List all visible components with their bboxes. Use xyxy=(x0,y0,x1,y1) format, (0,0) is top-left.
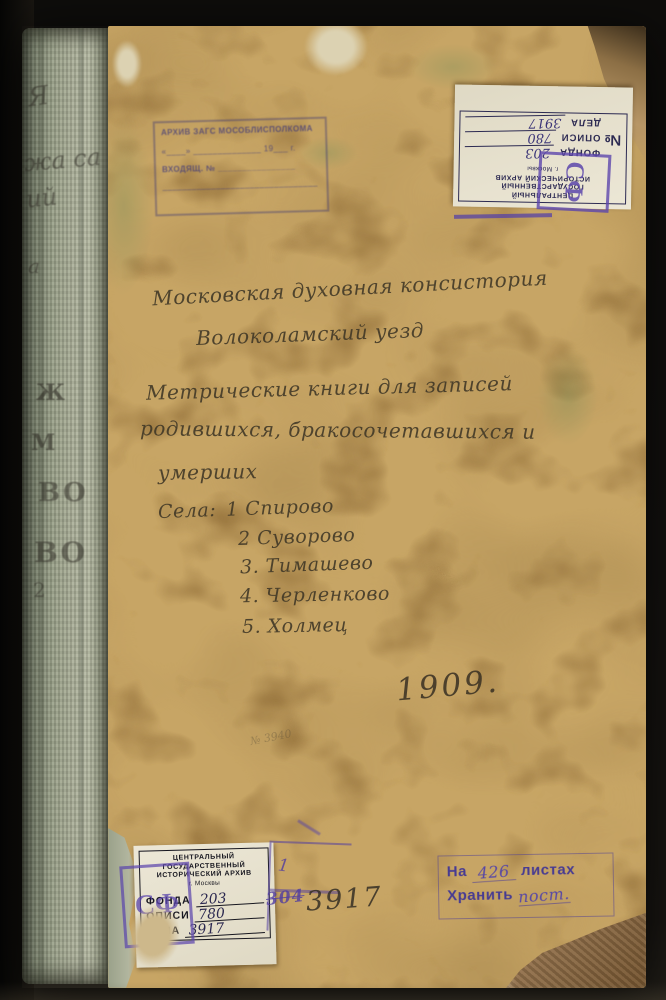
opis-value-handwritten: 780 xyxy=(465,130,556,145)
spine-handwriting-fragment: а xyxy=(28,254,40,278)
sheets-word: листах xyxy=(521,860,575,881)
na-word: На xyxy=(447,862,468,882)
title-line-deceased: умерших xyxy=(158,459,258,485)
keep-word: Хранить xyxy=(447,885,513,906)
village-cherlenkovo: 4. Черленково xyxy=(240,583,390,608)
stamp-line: ВХОДЯЩ. № ________________ xyxy=(162,161,320,175)
delo-value-handwritten: 3917 xyxy=(185,920,265,938)
delo-label: ДЕЛА xyxy=(570,116,601,128)
village-suvorovo: 2 Суворово xyxy=(238,524,356,550)
book-cover: Я жа са ий а Ж М ВО ВО 2 xyxy=(22,26,646,988)
delo-value-handwritten: 3917 xyxy=(465,115,565,130)
spine-handwriting-fragment: жа са xyxy=(23,143,102,178)
spine-handwriting-fragment: Я xyxy=(26,81,51,114)
crossed-out-old-number: 304 xyxy=(265,886,305,910)
faded-registry-stamp: АРХИВ ЗАГС МОСОБЛИСПОЛКОМА «____» ______… xyxy=(153,117,330,217)
sf-microfilm-stamp: СФ xyxy=(537,151,612,213)
villages-label: Села: xyxy=(158,499,217,523)
keep-term-handwritten: пост. xyxy=(518,886,571,907)
spine-handwriting-fragment: ий xyxy=(25,182,59,213)
case-number-handwritten: 3917 xyxy=(305,881,384,917)
book-spine: Я жа са ий а Ж М ВО ВО 2 xyxy=(22,28,110,984)
number-sign: № xyxy=(604,131,621,148)
stamp-line: «____» ______________ 19___ г. xyxy=(161,143,319,157)
photograph-of-archival-book: Я жа са ий а Ж М ВО ВО 2 xyxy=(0,0,666,1000)
stamp-line: ________________________________ xyxy=(162,178,320,192)
spine-stencil-fragment: М xyxy=(31,430,55,456)
village-kholmets: 5. Холмец xyxy=(242,614,348,638)
stamp-line: АРХИВ ЗАГС МОСОБЛИСПОЛКОМА xyxy=(161,124,319,138)
sheet-count-stamp: На 426 листах Хранить пост. xyxy=(437,852,614,919)
spine-stencil-fragment: Ж xyxy=(36,380,65,406)
sheet-count-handwritten: 426 xyxy=(471,863,516,883)
village-spirovo: 1 Спирово xyxy=(226,495,334,521)
village-timashevo: 3. Тимашево xyxy=(240,552,374,579)
opis-label: ОПИСИ xyxy=(561,131,601,143)
spine-stencil-fragment: ВО xyxy=(34,536,88,569)
title-line-born-married: родившихся, бракосочетавшихся и xyxy=(140,416,536,443)
front-cover: АРХИВ ЗАГС МОСОБЛИСПОЛКОМА «____» ______… xyxy=(108,26,646,988)
spine-stencil-fragment: ВО xyxy=(38,478,89,508)
spine-stencil-fragment: 2 xyxy=(33,578,46,602)
